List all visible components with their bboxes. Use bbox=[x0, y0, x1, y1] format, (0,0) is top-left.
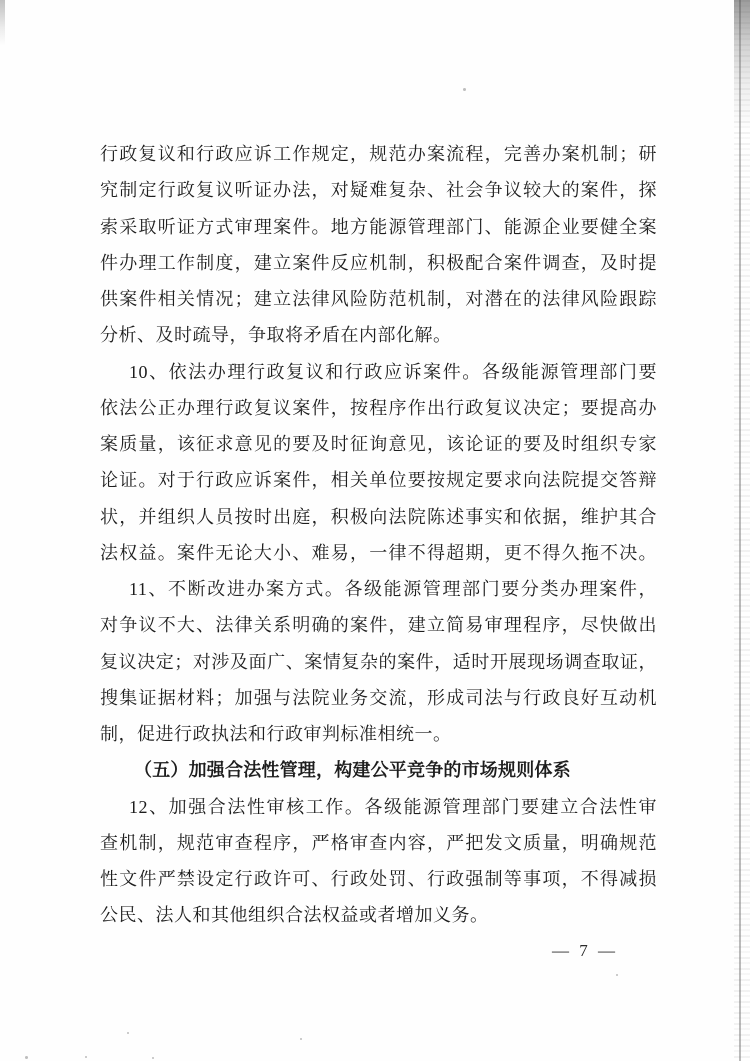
body-line: 性文件严禁设定行政许可、行政处罚、行政强制等事项，不得减损 bbox=[100, 861, 657, 897]
paragraph-12-start: 12、加强合法性审核工作。各级能源管理部门要建立合法性审 bbox=[100, 789, 657, 825]
section-heading: （五）加强合法性管理，构建公平竞争的市场规则体系 bbox=[100, 752, 657, 788]
paper-speck bbox=[25, 1056, 28, 1059]
document-body: 行政复议和行政应诉工作规定，规范办案流程，完善办案机制；研 究制定行政复议听证办… bbox=[100, 136, 657, 934]
body-line: 论证。对于行政应诉案件，相关单位要按规定要求向法院提交答辩 bbox=[100, 462, 657, 498]
paper-speck bbox=[85, 1056, 87, 1058]
body-line: 行政复议和行政应诉工作规定，规范办案流程，完善办案机制；研 bbox=[100, 136, 657, 172]
body-line: 复议决定；对涉及面广、案情复杂的案件，适时开展现场调查取证， bbox=[100, 644, 657, 680]
paper-speck bbox=[463, 88, 466, 91]
body-line: 对争议不大、法律关系明确的案件，建立简易审理程序，尽快做出 bbox=[100, 607, 657, 643]
scan-line-right-edge bbox=[739, 0, 741, 1061]
scanned-document-page: 行政复议和行政应诉工作规定，规范办案流程，完善办案机制；研 究制定行政复议听证办… bbox=[0, 0, 750, 1061]
scan-noise-top-left-corner bbox=[0, 0, 5, 46]
scan-noise-top-right-corner bbox=[734, 0, 750, 130]
body-line: 索采取听证方式审理案件。地方能源管理部门、能源企业要健全案 bbox=[100, 209, 657, 245]
scan-noise-right-strip bbox=[734, 0, 750, 1061]
body-line: 法权益。案件无论大小、难易，一律不得超期，更不得久拖不决。 bbox=[100, 535, 657, 571]
body-line: 状，并组织人员按时出庭，积极向法院陈述事实和依据，维护其合 bbox=[100, 499, 657, 535]
paper-speck bbox=[616, 974, 618, 976]
body-line: 公民、法人和其他组织合法权益或者增加义务。 bbox=[100, 897, 657, 933]
paragraph-11-start: 11、不断改进办案方式。各级能源管理部门要分类办理案件， bbox=[100, 571, 657, 607]
page-number: — 7 — bbox=[552, 941, 618, 961]
body-line: 案质量，该征求意见的要及时征询意见，该论证的要及时组织专家 bbox=[100, 426, 657, 462]
paper-speck bbox=[127, 1032, 129, 1034]
paper-speck bbox=[300, 1038, 302, 1040]
body-line: 分析、及时疏导，争取将矛盾在内部化解。 bbox=[100, 317, 657, 353]
body-line: 查机制，规范审查程序，严格审查内容，严把发文质量，明确规范 bbox=[100, 825, 657, 861]
body-line: 究制定行政复议听证办法，对疑难复杂、社会争议较大的案件，探 bbox=[100, 172, 657, 208]
body-line: 依法公正办理行政复议案件，按程序作出行政复议决定；要提高办 bbox=[100, 390, 657, 426]
paragraph-10-start: 10、依法办理行政复议和行政应诉案件。各级能源管理部门要 bbox=[100, 354, 657, 390]
body-line: 供案件相关情况；建立法律风险防范机制，对潜在的法律风险跟踪 bbox=[100, 281, 657, 317]
body-line: 件办理工作制度，建立案件反应机制，积极配合案件调查，及时提 bbox=[100, 245, 657, 281]
body-line: 制，促进行政执法和行政审判标准相统一。 bbox=[100, 716, 657, 752]
body-line: 搜集证据材料；加强与法院业务交流，形成司法与行政良好互动机 bbox=[100, 680, 657, 716]
paper-speck bbox=[152, 1057, 154, 1059]
